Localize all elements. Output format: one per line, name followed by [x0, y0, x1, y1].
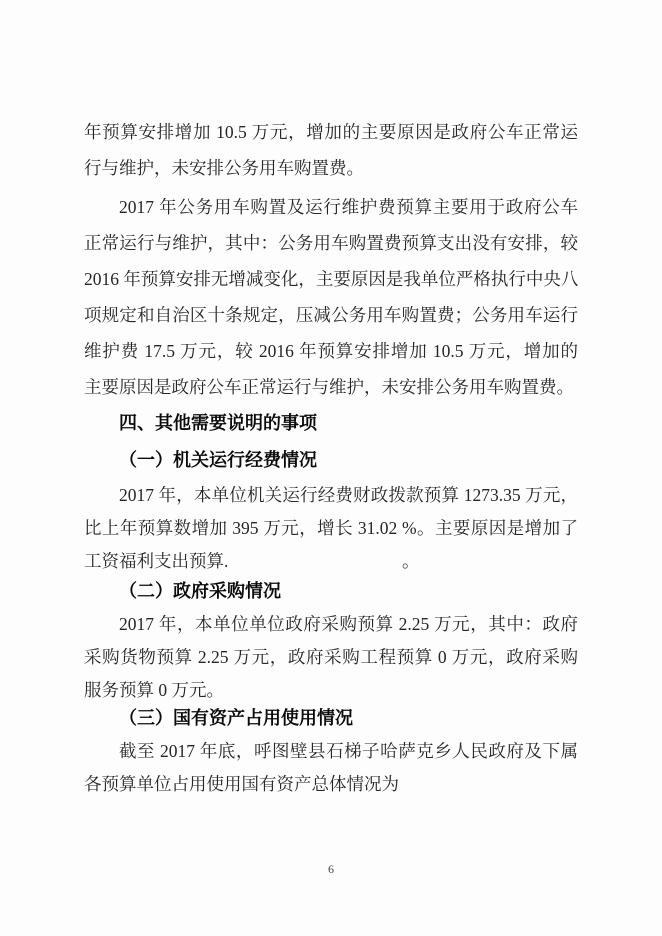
text-line: 主要原因是政府公车正常运行与维护，未安排公务用车购置费。 — [84, 369, 578, 405]
text-line: 采购货物预算 2.25 万元，政府采购工程预算 0 万元，政府采购 — [84, 641, 578, 674]
section-heading: （三）国有资产占用使用情况 — [84, 702, 578, 735]
paragraph: 截至 2017 年底，呼图壁县石梯子哈萨克乡人民政府及下属各预算单位占用使用国有… — [84, 735, 578, 801]
document-content: 年预算安排增加 10.5 万元，增加的主要原因是政府公车正常运行与维护，未安排公… — [84, 114, 578, 801]
paragraph: 2017 年，本单位单位政府采购预算 2.25 万元，其中：政府采购货物预算 2… — [84, 608, 578, 707]
text-line: 2016 年预算安排无增减变化，主要原因是我单位严格执行中央八 — [84, 261, 578, 297]
section-heading: 四、其他需要说明的事项 — [84, 406, 578, 442]
text-line: （二）政府采购情况 — [84, 575, 578, 608]
page-footer: 6 — [0, 862, 662, 877]
text-line: （一）机关运行经费情况 — [84, 443, 578, 479]
paragraph: 年预算安排增加 10.5 万元，增加的主要原因是政府公车正常运行与维护，未安排公… — [84, 114, 578, 186]
text-line: 行与维护，未安排公务用车购置费。 — [84, 150, 578, 186]
text-line: 2017 年公务用车购置及运行维护费预算主要用于政府公车 — [84, 189, 578, 225]
section-heading: （一）机关运行经费情况 — [84, 443, 578, 479]
text-line: 截至 2017 年底，呼图壁县石梯子哈萨克乡人民政府及下属 — [84, 735, 578, 768]
paragraph: 2017 年，本单位机关运行经费财政拨款预算 1273.35 万元，比上年预算数… — [84, 479, 578, 578]
text-line: （三）国有资产占用使用情况 — [84, 702, 578, 735]
text-line: 工资福利支出预算.。 — [84, 545, 578, 578]
text-line: 比上年预算数增加 395 万元，增长 31.02 %。主要原因是增加了 — [84, 512, 578, 545]
text-line: 正常运行与维护，其中：公务用车购置费预算支出没有安排，较 — [84, 225, 578, 261]
document-page: 年预算安排增加 10.5 万元，增加的主要原因是政府公车正常运行与维护，未安排公… — [0, 0, 662, 936]
paragraph: 2017 年公务用车购置及运行维护费预算主要用于政府公车正常运行与维护，其中：公… — [84, 189, 578, 405]
text-line: 维护费 17.5 万元，较 2016 年预算安排增加 10.5 万元，增加的 — [84, 333, 578, 369]
page-number: 6 — [328, 862, 334, 876]
orphan-period: 。 — [402, 545, 420, 578]
section-heading: （二）政府采购情况 — [84, 575, 578, 608]
text-line: 2017 年，本单位机关运行经费财政拨款预算 1273.35 万元， — [84, 479, 578, 512]
text-line: 2017 年，本单位单位政府采购预算 2.25 万元，其中：政府 — [84, 608, 578, 641]
text-line: 项规定和自治区十条规定，压减公务用车购置费；公务用车运行 — [84, 297, 578, 333]
text-line: 各预算单位占用使用国有资产总体情况为 — [84, 768, 578, 801]
text-line: 年预算安排增加 10.5 万元，增加的主要原因是政府公车正常运 — [84, 114, 578, 150]
text-line: 四、其他需要说明的事项 — [84, 406, 578, 442]
